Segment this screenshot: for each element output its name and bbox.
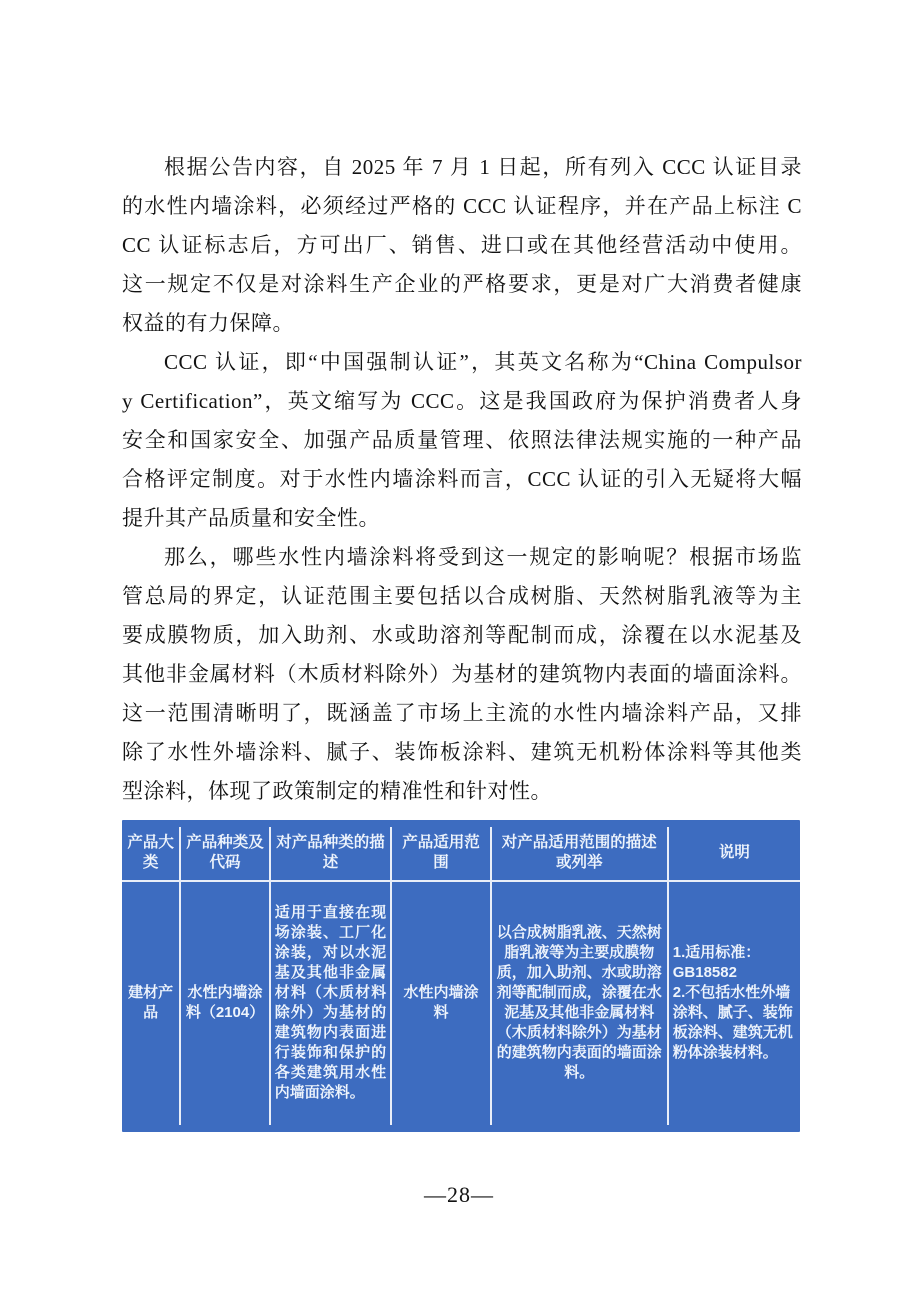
text-line: 根据公告内容，自 2025 年 7 月 1 日起，所有列入 CCC 认证目录 [122,148,802,187]
table-row: 建材产品 水性内墙涂料（2104） 适用于直接在现场涂装、工厂化涂装，对以水泥基… [122,881,800,1125]
cell-product-type-code: 水性内墙涂料（2104） [180,881,269,1125]
text-line: 这一规定不仅是对涂料生产企业的严格要求，更是对广大消费者健康 [122,265,802,304]
text-line: CCC 认证，即“中国强制认证”，其英文名称为“China Compulsor [122,343,802,382]
cell-applicable-scope: 水性内墙涂料 [391,881,491,1125]
product-certification-table: 产品大类 产品种类及代码 对产品种类的描述 产品适用范围 对产品适用范围的描述或… [122,820,800,1132]
cell-type-description: 适用于直接在现场涂装、工厂化涂装，对以水泥基及其他非金属材料（木质材料除外）为基… [270,881,391,1125]
text-line: 安全和国家安全、加强产品质量管理、依照法律法规实施的一种产品 [122,421,802,460]
header-scope-description: 对产品适用范围的描述或列举 [491,827,668,881]
text-block: 根据公告内容，自 2025 年 7 月 1 日起，所有列入 CCC 认证目录 的… [122,148,802,811]
text-line: 权益的有力保障。 [122,304,802,343]
text-line: 的水性内墙涂料，必须经过严格的 CCC 认证程序，并在产品上标注 C [122,187,802,226]
text-line: 提升其产品质量和安全性。 [122,499,802,538]
header-product-category: 产品大类 [122,827,180,881]
text-line: 其他非金属材料（木质材料除外）为基材的建筑物内表面的墙面涂料。 [122,655,802,694]
text-line: 合格评定制度。对于水性内墙涂料而言，CCC 认证的引入无疑将大幅 [122,460,802,499]
header-applicable-scope: 产品适用范围 [391,827,491,881]
paragraph: CCC 认证，即“中国强制认证”，其英文名称为“China Compulsor … [122,343,802,538]
header-type-description: 对产品种类的描述 [270,827,391,881]
text-line: 管总局的界定，认证范围主要包括以合成树脂、天然树脂乳液等为主 [122,577,802,616]
text-line: 要成膜物质，加入助剂、水或助溶剂等配制而成，涂覆在以水泥基及 [122,616,802,655]
cell-notes: 1.适用标准： GB18582 2.不包括水性外墙涂料、腻子、装饰板涂料、建筑无… [668,881,800,1125]
paragraph: 那么，哪些水性内墙涂料将受到这一规定的影响呢？根据市场监 管总局的界定，认证范围… [122,538,802,811]
text-line: CC 认证标志后，方可出厂、销售、进口或在其他经营活动中使用。 [122,226,802,265]
text-line: 型涂料，体现了政策制定的精准性和针对性。 [122,772,802,811]
paragraph: 根据公告内容，自 2025 年 7 月 1 日起，所有列入 CCC 认证目录 的… [122,148,802,343]
document-page: 根据公告内容，自 2025 年 7 月 1 日起，所有列入 CCC 认证目录 的… [0,0,918,1310]
table-header-row: 产品大类 产品种类及代码 对产品种类的描述 产品适用范围 对产品适用范围的描述或… [122,827,800,881]
cell-scope-description: 以合成树脂乳液、天然树脂乳液等为主要成膜物质，加入助剂、水或助溶剂等配制而成，涂… [491,881,668,1125]
header-notes: 说明 [668,827,800,881]
header-product-type-code: 产品种类及代码 [180,827,269,881]
text-line: 那么，哪些水性内墙涂料将受到这一规定的影响呢？根据市场监 [122,538,802,577]
cell-product-category: 建材产品 [122,881,180,1125]
text-line: 除了水性外墙涂料、腻子、装饰板涂料、建筑无机粉体涂料等其他类 [122,733,802,772]
text-line: 这一范围清晰明了，既涵盖了市场上主流的水性内墙涂料产品，又排 [122,694,802,733]
text-line: y Certification”，英文缩写为 CCC。这是我国政府为保护消费者人… [122,382,802,421]
page-number: —28— [0,1182,918,1208]
